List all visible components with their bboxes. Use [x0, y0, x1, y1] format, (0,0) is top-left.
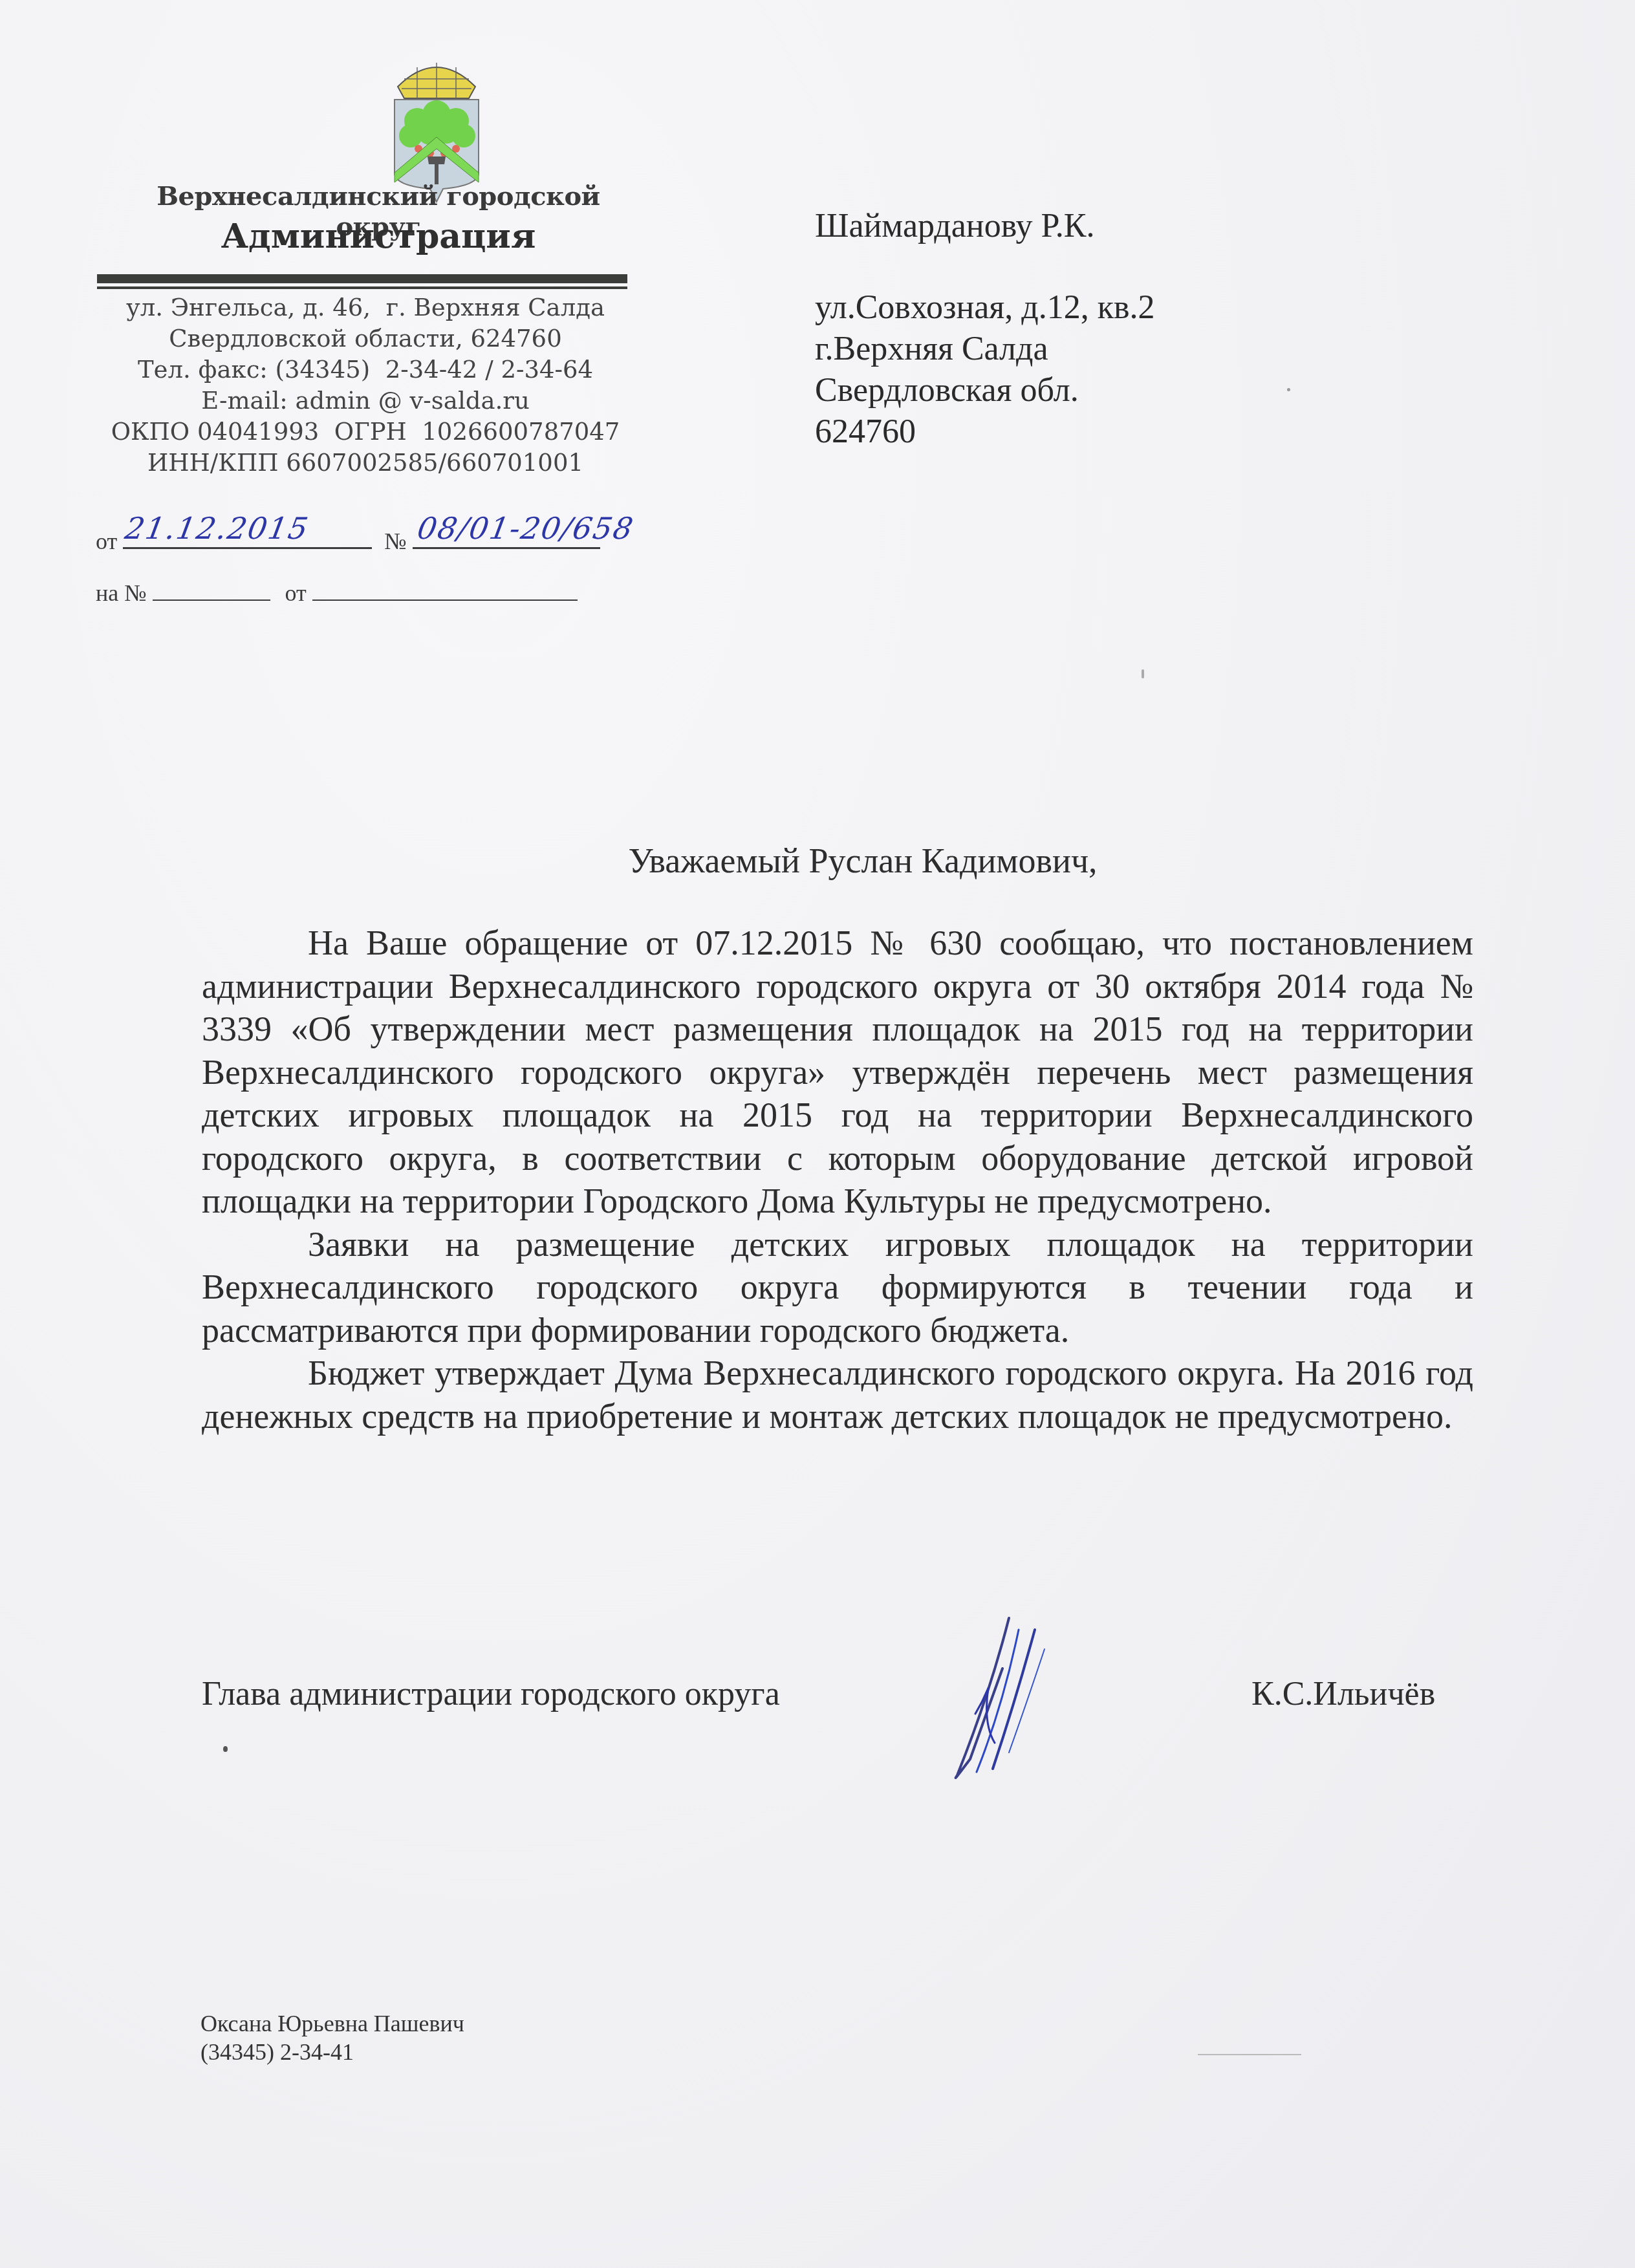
recipient-street: ул.Совхозная, д.12, кв.2 [815, 287, 1155, 329]
sender-phone-line: Тел. факс: (34345) 2-34-42 / 2-34-64 [97, 354, 634, 385]
recipient-name: Шаймарданову Р.К. [815, 206, 1095, 247]
sender-okpo-ogrn-line: ОКПО 04041993 ОГРН 1026600787047 [97, 416, 634, 448]
sender-email-line: E-mail: admin @ v-salda.ru [97, 385, 634, 416]
body-paragraph: Бюджет утверждает Дума Верхнесалдинского… [202, 1352, 1473, 1438]
salutation: Уважаемый Руслан Кадимович, [0, 841, 1635, 881]
outgoing-registration: от 21.12.2015 № 08/01-20/658 [96, 525, 600, 555]
signatory-name: К.С.Ильичёв [1251, 1675, 1435, 1713]
number-label: № [384, 528, 406, 555]
reply-date-label: от [285, 579, 307, 607]
body-paragraph: На Ваше обращение от 07.12.2015 № 630 со… [202, 922, 1473, 1223]
recipient-city: г.Верхняя Салда [815, 329, 1155, 370]
letterhead-divider-thick [97, 274, 627, 283]
letter-page: Верхнесалдинский городской округ Админис… [0, 0, 1635, 2268]
sender-inn-kpp-line: ИНН/КПП 6607002585/660701001 [97, 448, 634, 479]
sender-address-line: Свердловской области, 624760 [97, 323, 634, 354]
scan-speck [1198, 2054, 1301, 2055]
executor-name: Оксана Юрьевна Пашевич [200, 2009, 464, 2038]
scan-speck [1142, 669, 1144, 678]
scan-speck [1287, 388, 1290, 391]
sender-address-line: ул. Энгельса, д. 46, г. Верхняя Салда [97, 292, 634, 323]
executor-block: Оксана Юрьевна Пашевич (34345) 2-34-41 [200, 2009, 464, 2066]
handwritten-number: 08/01-20/658 [415, 511, 636, 546]
org-title: Администрация [110, 217, 647, 256]
sender-address-block: ул. Энгельса, д. 46, г. Верхняя Салда Св… [97, 292, 634, 479]
letter-body: На Ваше обращение от 07.12.2015 № 630 со… [202, 922, 1473, 1438]
body-paragraph: Заявки на размещение детских игровых пло… [202, 1223, 1473, 1352]
recipient-region: Свердловская обл. [815, 370, 1155, 411]
executor-phone: (34345) 2-34-41 [200, 2038, 464, 2066]
recipient-postcode: 624760 [815, 411, 1155, 453]
reply-number-label: на № [96, 579, 147, 607]
reply-number-field [153, 580, 270, 601]
handwritten-date: 21.12.2015 [123, 511, 312, 546]
reply-reference: на № от [96, 579, 578, 607]
date-field: 21.12.2015 [123, 525, 372, 549]
handwritten-signature-icon [912, 1610, 1106, 1785]
recipient-address: ул.Совхозная, д.12, кв.2 г.Верхняя Салда… [815, 287, 1155, 453]
reply-date-field [312, 580, 578, 601]
number-field: 08/01-20/658 [413, 525, 600, 549]
scan-speck [223, 1746, 228, 1752]
signatory-position: Глава администрации городского округа [202, 1675, 780, 1713]
letterhead-divider-thin [97, 286, 627, 289]
date-label: от [96, 528, 117, 555]
